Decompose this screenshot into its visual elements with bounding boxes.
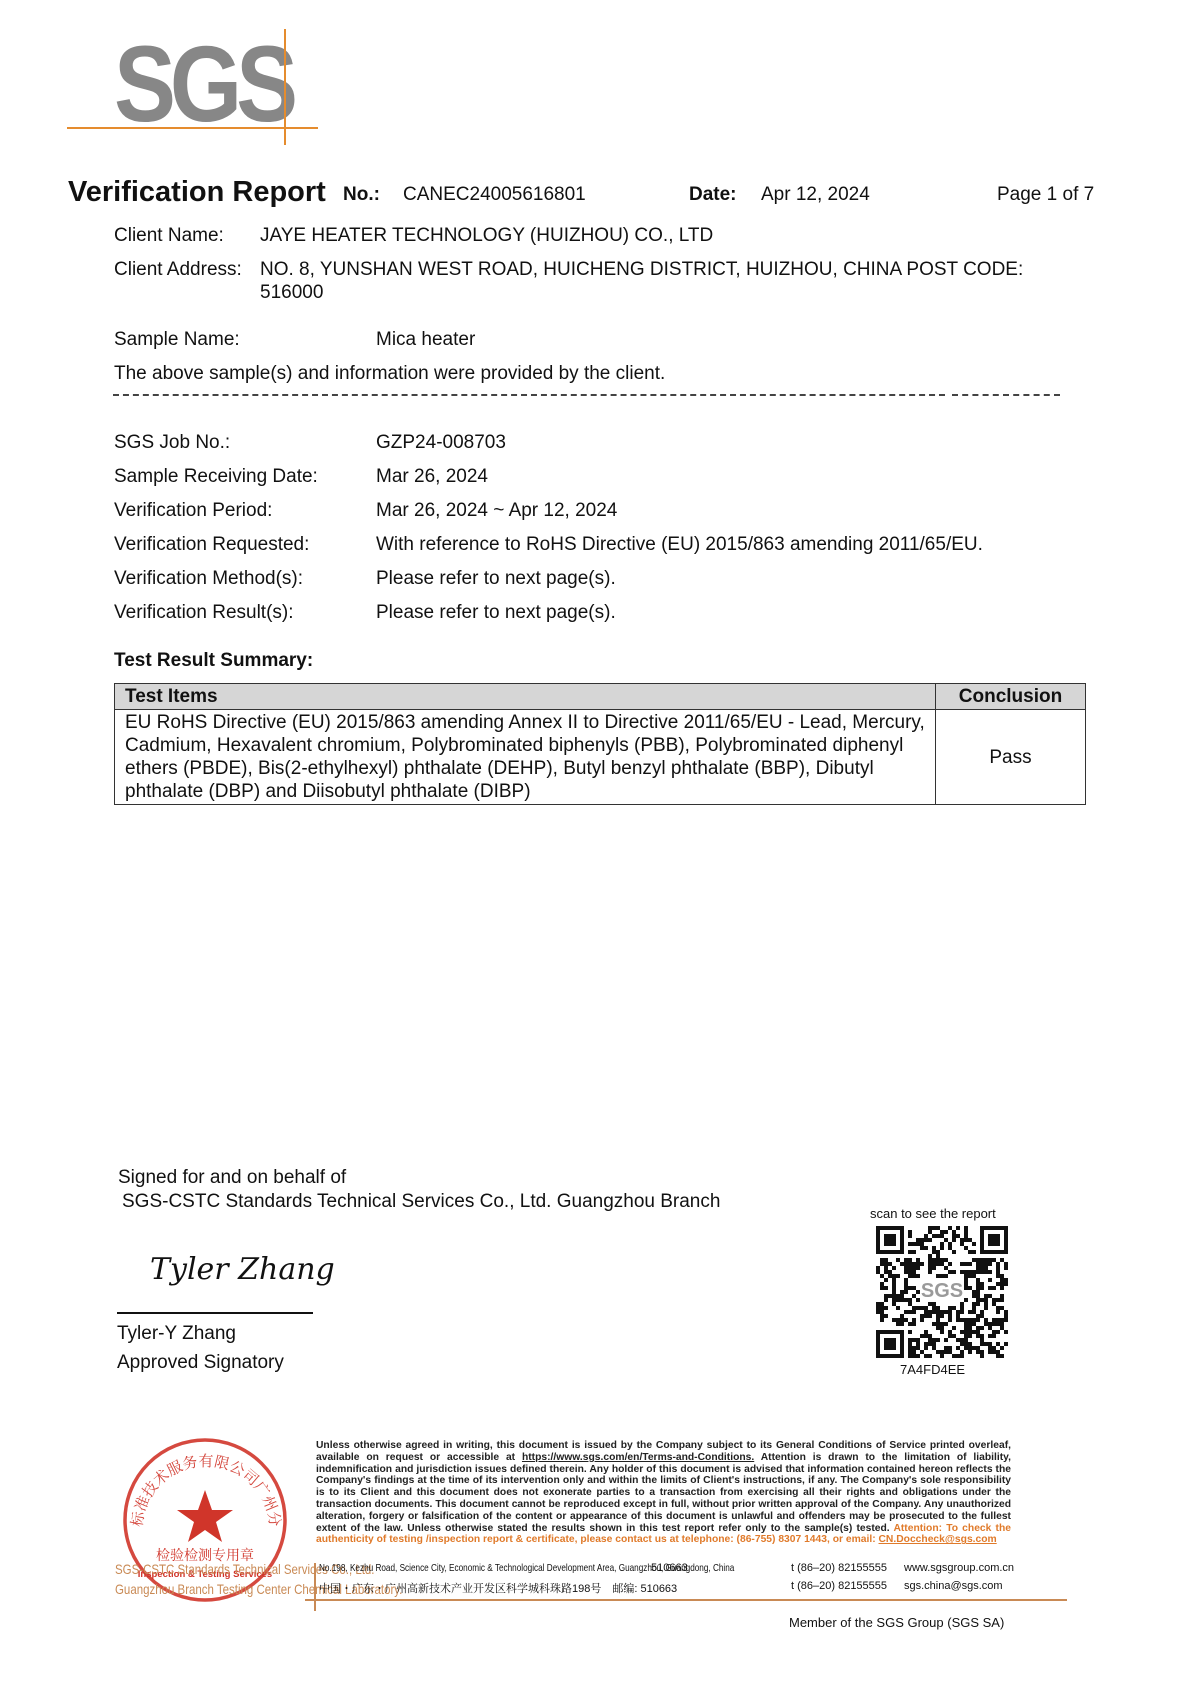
report-date: Apr 12, 2024 bbox=[761, 184, 870, 206]
detail-value: GZP24-008703 bbox=[376, 432, 506, 454]
sample-provided-note: The above sample(s) and information were… bbox=[114, 363, 665, 385]
footer-vertical-rule bbox=[314, 1563, 316, 1611]
sample-name: Mica heater bbox=[376, 329, 475, 351]
column-header-test-items: Test Items bbox=[115, 684, 936, 710]
report-date-label: Date: bbox=[689, 184, 737, 206]
signing-company: SGS-CSTC Standards Technical Services Co… bbox=[122, 1191, 720, 1213]
handwritten-signature: Tyler Zhang bbox=[150, 1252, 335, 1287]
client-address-label: Client Address: bbox=[114, 259, 242, 281]
detail-label: Verification Period: bbox=[114, 500, 272, 522]
detail-label: Verification Result(s): bbox=[114, 602, 294, 624]
test-result-summary-table: Test Items Conclusion EU RoHS Directive … bbox=[114, 683, 1086, 805]
terms-link[interactable]: https://www.sgs.com/en/Terms-and-Conditi… bbox=[522, 1452, 754, 1463]
signer-name: Tyler-Y Zhang bbox=[117, 1323, 236, 1345]
client-address-line2: 516000 bbox=[260, 282, 323, 304]
sgs-logo: SGS bbox=[114, 30, 292, 138]
logo-horizontal-rule bbox=[67, 127, 318, 129]
website-link[interactable]: www.sgsgroup.com.cn bbox=[904, 1562, 1014, 1574]
client-name-label: Client Name: bbox=[114, 225, 224, 247]
detail-label: Verification Method(s): bbox=[114, 568, 303, 590]
detail-value: Mar 26, 2024 ~ Apr 12, 2024 bbox=[376, 500, 617, 522]
qr-verification-code: 7A4FD4EE bbox=[900, 1362, 965, 1377]
column-header-conclusion: Conclusion bbox=[936, 684, 1086, 710]
member-of-group: Member of the SGS Group (SGS SA) bbox=[789, 1615, 1004, 1630]
signature-line bbox=[117, 1312, 313, 1314]
report-number-label: No.: bbox=[343, 184, 380, 206]
detail-value: Mar 26, 2024 bbox=[376, 466, 488, 488]
table-header-row: Test Items Conclusion bbox=[115, 684, 1086, 710]
footer-horizontal-rule bbox=[305, 1599, 1067, 1601]
detail-label: Sample Receiving Date: bbox=[114, 466, 318, 488]
logo-vertical-rule bbox=[284, 29, 286, 145]
detail-value: With reference to RoHS Directive (EU) 20… bbox=[376, 534, 983, 556]
detail-value: Please refer to next page(s). bbox=[376, 602, 616, 624]
telephone-1: t (86–20) 82155555 bbox=[791, 1562, 887, 1574]
test-item-cell: EU RoHS Directive (EU) 2015/863 amending… bbox=[115, 710, 936, 805]
client-name: JAYE HEATER TECHNOLOGY (HUIZHOU) CO., LT… bbox=[260, 225, 713, 247]
signed-on-behalf-text: Signed for and on behalf of bbox=[118, 1167, 346, 1189]
conclusion-cell: Pass bbox=[936, 710, 1086, 805]
doccheck-email-link[interactable]: CN.Doccheck@sgs.com bbox=[879, 1534, 997, 1545]
email-link[interactable]: sgs.china@sgs.com bbox=[904, 1580, 1003, 1592]
address-english-zip: 510663 bbox=[651, 1562, 688, 1574]
detail-label: SGS Job No.: bbox=[114, 432, 230, 454]
dashed-divider bbox=[113, 394, 945, 396]
report-number: CANEC24005616801 bbox=[403, 184, 586, 206]
qr-center-logo: SGS bbox=[921, 1280, 963, 1302]
test-result-summary-title: Test Result Summary: bbox=[114, 650, 313, 672]
telephone-2: t (86–20) 82155555 bbox=[791, 1580, 887, 1592]
report-title: Verification Report bbox=[68, 176, 326, 209]
legal-disclaimer: Unless otherwise agreed in writing, this… bbox=[316, 1440, 1011, 1546]
dashed-divider-segment bbox=[952, 394, 1060, 396]
disclaimer-text-end: Attention is drawn to the limitation of … bbox=[316, 1452, 1011, 1534]
qr-code-icon[interactable]: SGS bbox=[876, 1226, 1008, 1358]
address-chinese: 中国・广东・广州高新技术产业开发区科学城科珠路198号 邮编: 510663 bbox=[319, 1580, 677, 1596]
detail-value: Please refer to next page(s). bbox=[376, 568, 616, 590]
page-indicator: Page 1 of 7 bbox=[997, 184, 1094, 206]
qr-caption: scan to see the report bbox=[870, 1206, 996, 1221]
signer-title: Approved Signatory bbox=[117, 1352, 284, 1374]
table-row: EU RoHS Directive (EU) 2015/863 amending… bbox=[115, 710, 1086, 805]
client-address-line1: NO. 8, YUNSHAN WEST ROAD, HUICHENG DISTR… bbox=[260, 259, 1023, 281]
sample-name-label: Sample Name: bbox=[114, 329, 240, 351]
company-seal-icon: 通标标准技术服务有限公司广州分公司 检验检测专用章 Inspection & T… bbox=[120, 1435, 290, 1605]
detail-label: Verification Requested: bbox=[114, 534, 309, 556]
